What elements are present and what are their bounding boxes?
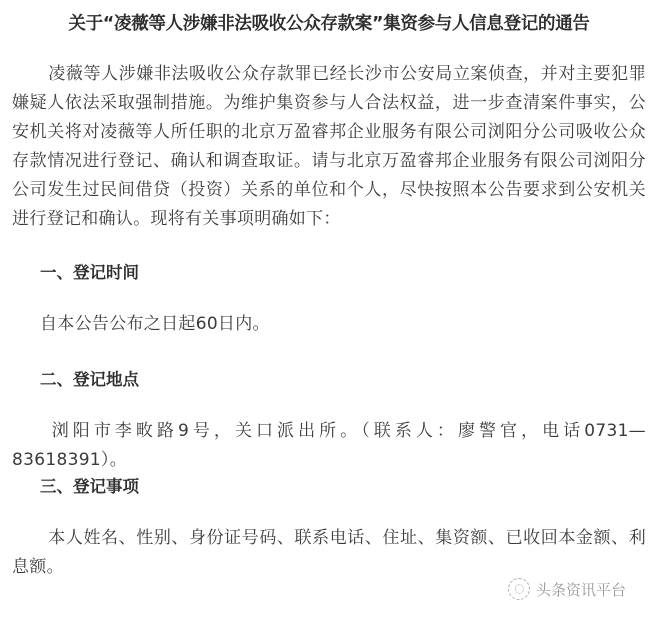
watermark: 头条资讯平台	[508, 578, 626, 600]
items-text: 本人姓名、性别、身份证号码、联系电话、住址、集资额、已收回本金额、利息额。	[12, 528, 646, 577]
intro-text: 凌薇等人涉嫌非法吸收公众存款罪已经长沙市公安局立案侦查，并对主要犯罪嫌疑人依法采…	[12, 64, 646, 229]
place-text: 浏阳市李畋路9号，关口派出所。（联系人：廖警官，电话0731—83618391）…	[12, 421, 646, 470]
toutiao-logo-icon	[508, 578, 530, 600]
section-body-time: 自本公告公布之日起60日内。	[40, 310, 640, 339]
section-body-items: 本人姓名、性别、身份证号码、联系电话、住址、集资额、已收回本金额、利息额。	[12, 524, 646, 582]
section-body-place: 浏阳市李畋路9号，关口派出所。（联系人：廖警官，电话0731—83618391）…	[12, 417, 646, 475]
section-heading-time: 一、登记时间	[40, 259, 139, 283]
watermark-text: 头条资讯平台	[536, 579, 626, 600]
intro-paragraph: 凌薇等人涉嫌非法吸收公众存款罪已经长沙市公安局立案侦查，并对主要犯罪嫌疑人依法采…	[12, 60, 646, 234]
document-title: 关于“凌薇等人涉嫌非法吸收公众存款案”集资参与人信息登记的通告	[0, 10, 658, 35]
section-heading-items: 三、登记事项	[40, 473, 139, 497]
section-heading-place: 二、登记地点	[40, 366, 139, 390]
